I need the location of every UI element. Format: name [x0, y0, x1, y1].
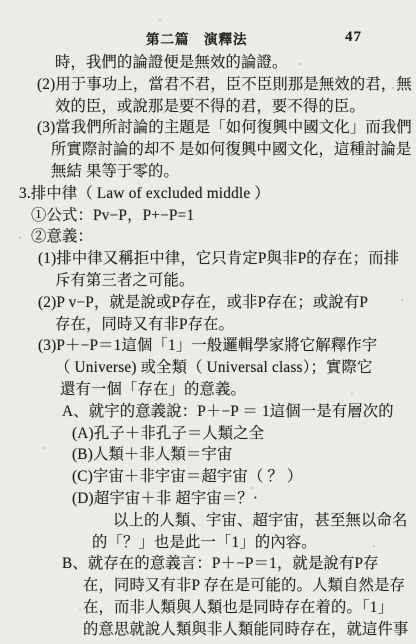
text-line: ②意義： [0, 226, 416, 248]
text-line: B、就存在的意義言：P＋−P＝1，就是說有P存 [0, 553, 416, 575]
text-line: (C)宇宙＋非宇宙＝超宇宙（ ？ ） [0, 466, 416, 488]
text-line: 效的臣，或說那是要不得的君，要不得的臣。 [0, 96, 416, 118]
chapter-title: 第二篇 演釋法 [146, 28, 248, 48]
text-line: A、就宇的意義說：P＋−P ＝ 1這個一是有層次的 [0, 401, 416, 423]
text-line: (A)孔子＋非孔子＝人類之全 [0, 423, 416, 445]
text-line: 時，我們的論證便是無效的論證。 [0, 52, 416, 74]
text-line: (3)當我們所討論的主題是「如何復興中國文化」而我們 [0, 117, 416, 139]
text-line: （ Universe) 或全類（ Universal class）；實際它 [0, 357, 416, 379]
text-line: 在，同時又有非P 存在是可能的。人類自然是存 [0, 575, 416, 597]
text-line: 以上的人類、宇宙、超宇宙，甚至無以命名 [0, 510, 416, 532]
page-content: 時，我們的論證便是無效的論證。(2)用于事功上，當君不君，臣不臣則那是無效的君，… [0, 52, 416, 641]
text-line: (D)超宇宙＋非 超宇宙＝？· [0, 488, 416, 510]
page-header: 第二篇 演釋法 47 [0, 28, 416, 48]
text-line: 的意思就說人類與非人類能同時存在，就這件事 [0, 619, 416, 641]
text-line: 3.排中律（ Law of excluded middle ） [0, 183, 416, 205]
text-line: 無結 果等于零的。 [0, 161, 416, 183]
text-line: 所實際討論的却不 是如何復興中國文化，這種討論是 [0, 139, 416, 161]
text-line: 斥有第三者之可能。 [0, 270, 416, 292]
text-line: (B)人類＋非人類＝宇宙 [0, 444, 416, 466]
text-line: (1)排中律又稱拒中律，它只肯定P與非P的存在；而排 [0, 248, 416, 270]
text-line: (3)P＋−P＝1這個「1」一般邏輯學家將它解釋作宇 [0, 335, 416, 357]
page-number: 47 [345, 29, 362, 46]
text-line: 還有一個「存在」的意義。 [0, 379, 416, 401]
text-line: 存在，同時又有非P存在。 [0, 314, 416, 336]
book-page: 第二篇 演釋法 47 時，我們的論證便是無效的論證。(2)用于事功上，當君不君，… [0, 0, 416, 644]
text-line: 的「？」也是此一「1」的內容。 [0, 532, 416, 554]
text-line: (2)P v−P，就是說或P存在，或非P存在；或說有P [0, 292, 416, 314]
text-line: ①公式：Pv−P，P+−P=1 [0, 205, 416, 227]
text-line: (2)用于事功上，當君不君，臣不臣則那是無效的君，無 [0, 74, 416, 96]
text-line: 在，而非人類與人類也是同時存在着的。「1」 [0, 597, 416, 619]
